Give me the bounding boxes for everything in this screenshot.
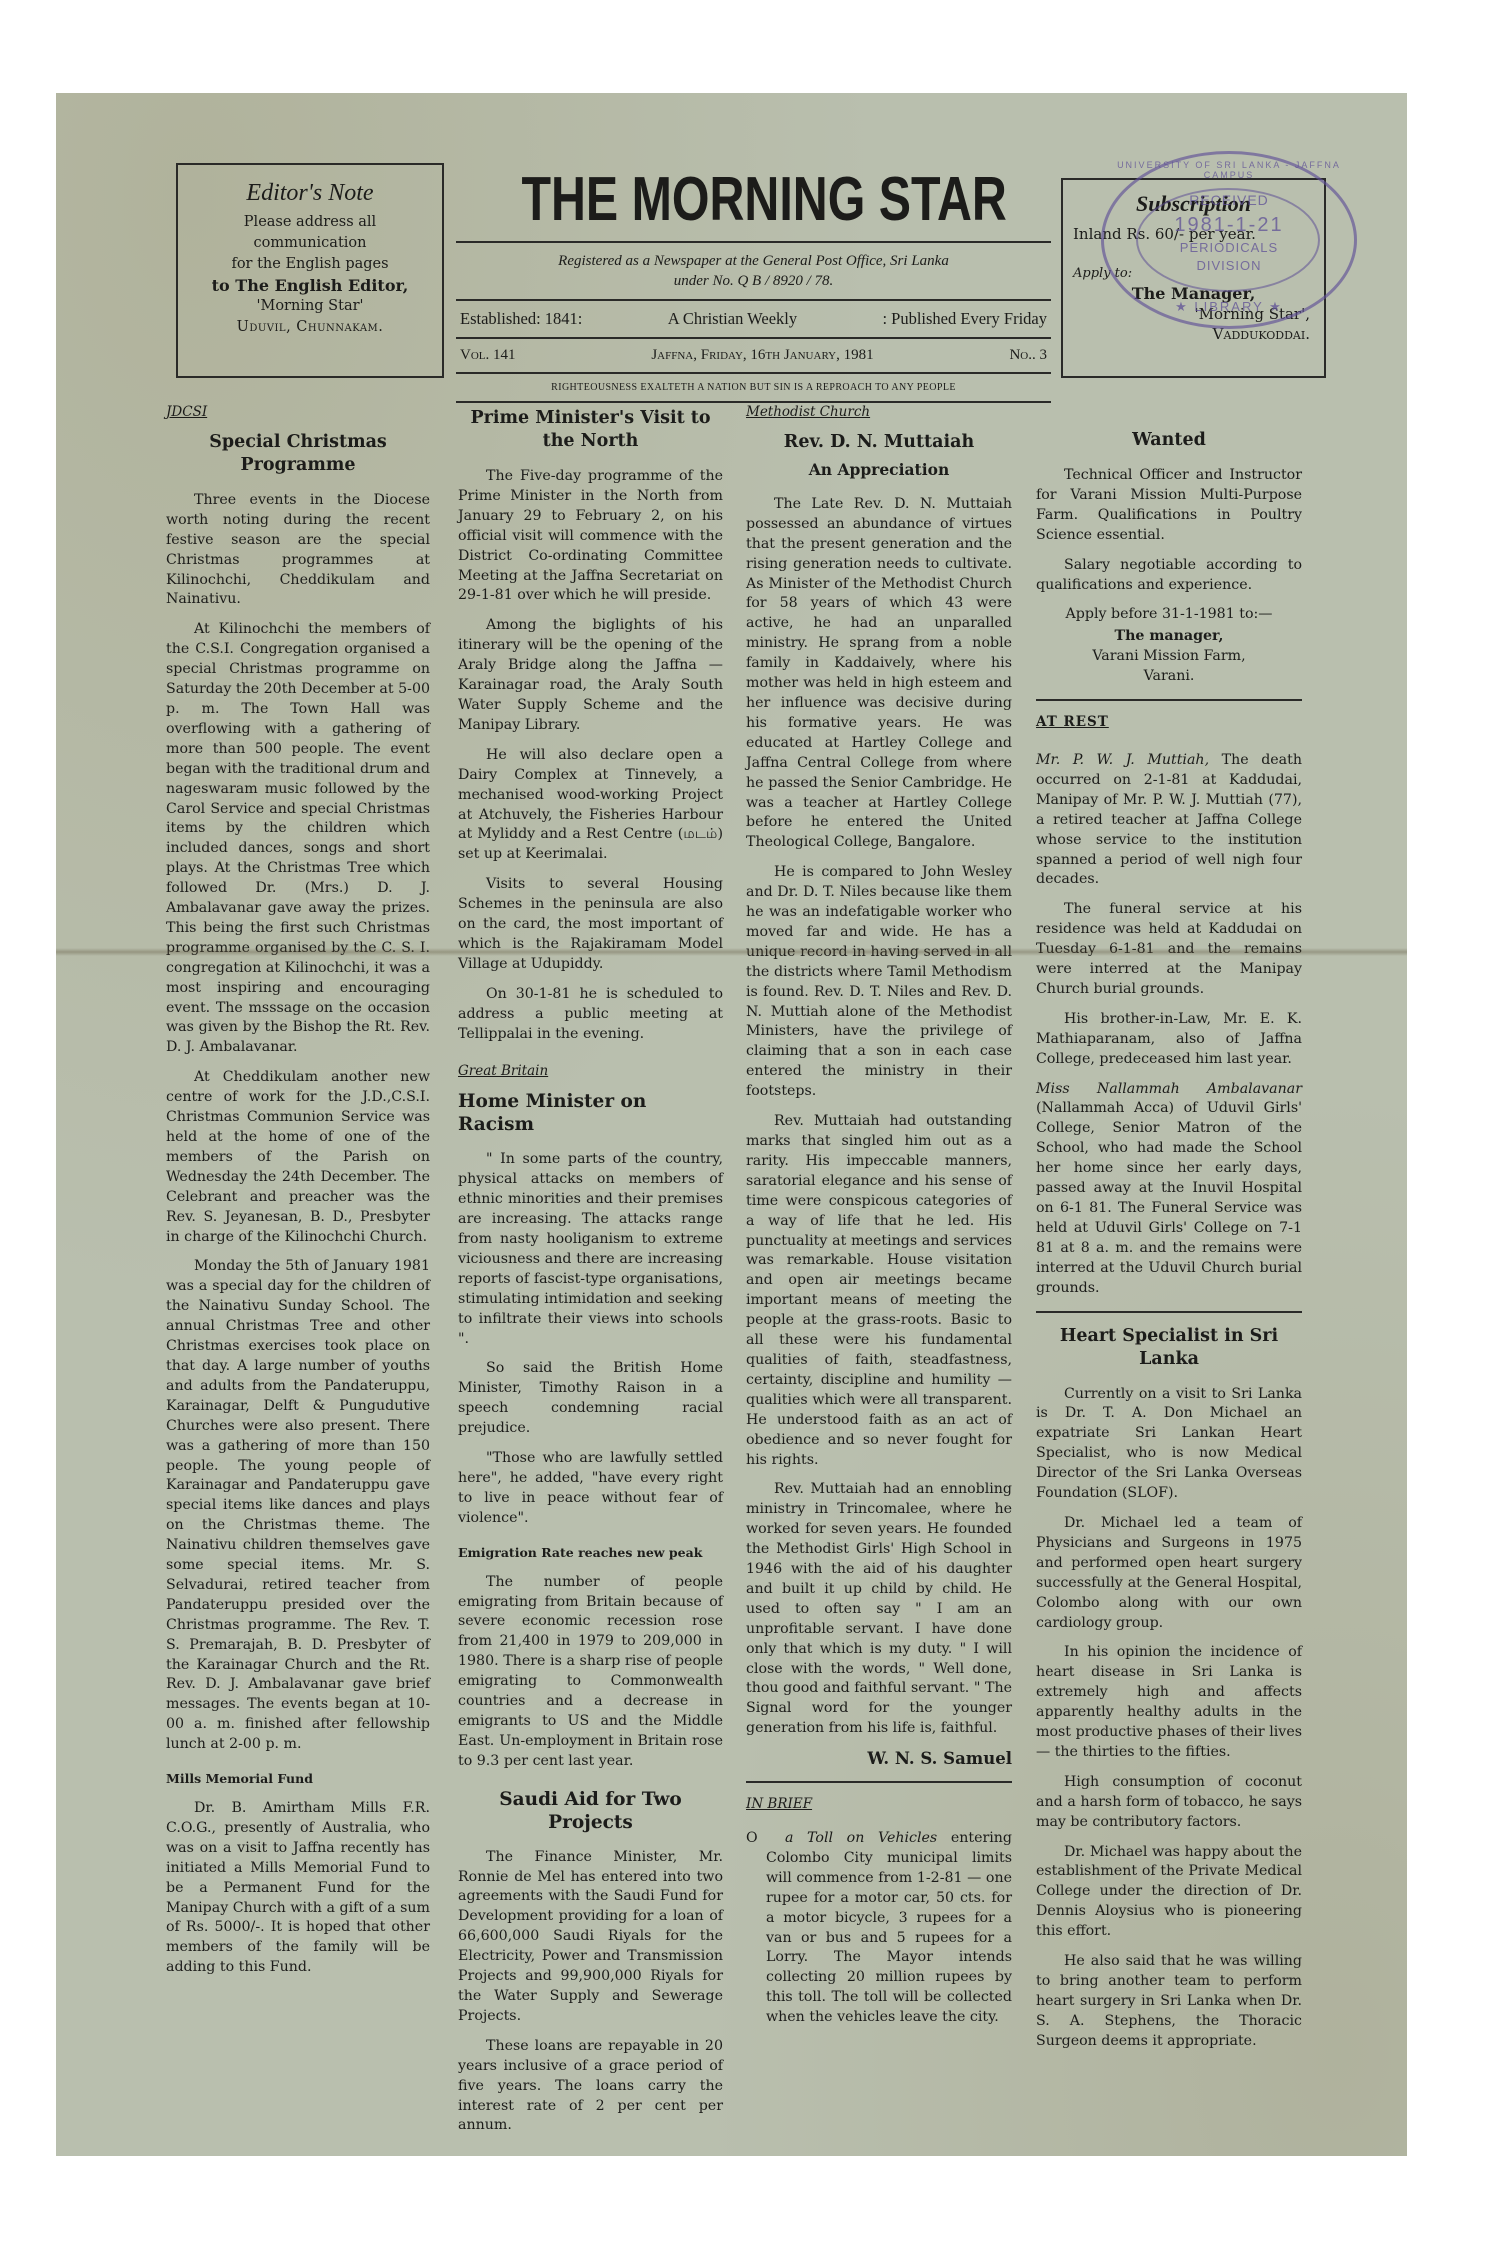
article-paragraph: So said the British Home Minister, Timot…	[458, 1359, 723, 1439]
headline-heart-specialist: Heart Specialist in Sri Lanka	[1036, 1325, 1302, 1371]
brief-item: O a Toll on Vehicles entering Colombo Ci…	[746, 1829, 1012, 2028]
article-paragraph: At Cheddikulam another new centre of wor…	[166, 1068, 430, 1247]
editors-note-paper: 'Morning Star'	[178, 296, 442, 317]
stamp-university: UNIVERSITY OF SRI LANKA - JAFFNA CAMPUS	[1104, 160, 1354, 180]
editors-note-recipient: to The English Editor,	[178, 275, 442, 296]
ad-paragraph: Apply before 31-1-1981 to:—	[1036, 605, 1302, 625]
article-paragraph: Dr. B. Amirtham Mills F.R. C.O.G., prese…	[166, 1799, 430, 1978]
article-paragraph: High consumption of coconut and a harsh …	[1036, 1773, 1302, 1833]
article-paragraph: At Kilinochchi the members of the C.S.I.…	[166, 620, 430, 1058]
divider	[1036, 1311, 1302, 1313]
stamp-received: RECEIVED	[1104, 192, 1354, 208]
subscription-address: Vaddukoddai.	[1073, 324, 1314, 344]
issue-line: Vol. 141 Jaffna, Friday, 16th January, 1…	[456, 343, 1051, 368]
section-kicker: IN BRIEF	[746, 1795, 812, 1815]
article-paragraph: Rev. Muttaiah had an ennobling ministry …	[746, 1480, 1012, 1739]
article-paragraph: He is compared to John Wesley and Dr. D.…	[746, 863, 1012, 1102]
article-paragraph: The Late Rev. D. N. Muttaiah possessed a…	[746, 495, 1012, 853]
registration-number: under No. Q B / 8920 / 78.	[456, 271, 1051, 291]
headline-wanted: Wanted	[1036, 429, 1302, 452]
article-paragraph: Dr. Michael was happy about the establis…	[1036, 1843, 1302, 1943]
paper-fold-crease	[56, 948, 1407, 956]
ad-contact-name: The manager,	[1036, 627, 1302, 647]
section-kicker: Great Britain	[458, 1062, 548, 1082]
subhead-appreciation: An Appreciation	[746, 458, 1012, 481]
editors-note-address: Uduvil, Chunnakam.	[178, 317, 442, 338]
obituary-paragraph: Mr. P. W. J. Muttiah, The death occurred…	[1036, 751, 1302, 890]
brief-text: entering Colombo City municipal limits w…	[766, 1830, 1012, 2025]
column-christmas: JDCSI Special Christmas Programme Three …	[166, 403, 430, 1988]
divider	[456, 241, 1051, 243]
article-paragraph: Rev. Muttaiah had outstanding marks that…	[746, 1112, 1012, 1470]
editors-note-line: Please address all	[178, 212, 442, 233]
author-signature: W. N. S. Samuel	[746, 1749, 1012, 1769]
headline-muttaiah: Rev. D. N. Muttaiah	[746, 431, 1012, 454]
obituary-paragraph: Miss Nallammah Ambalavanar (Nallammah Ac…	[1036, 1080, 1302, 1299]
article-paragraph: Monday the 5th of January 1981 was a spe…	[166, 1257, 430, 1755]
article-paragraph: Dr. Michael led a team of Physicians and…	[1036, 1514, 1302, 1633]
stamp-division: DIVISION	[1104, 258, 1354, 273]
article-paragraph: On 30-1-81 he is scheduled to address a …	[458, 985, 723, 1045]
article-paragraph: The number of people emigrating from Bri…	[458, 1573, 723, 1772]
ad-contact-org: Varani Mission Farm,	[1036, 647, 1302, 667]
established-line: Established: 1841: A Christian Weekly : …	[456, 305, 1051, 333]
editors-note-title: Editor's Note	[178, 183, 442, 204]
obituary-paragraph: His brother-in-Law, Mr. E. K. Mathiapara…	[1036, 1010, 1302, 1070]
stamp-library: ★ LIBRARY ★	[1104, 299, 1354, 315]
section-kicker: JDCSI	[166, 403, 207, 423]
obituary-name: Miss Nallammah Ambalavanar	[1036, 1081, 1302, 1097]
bullet-icon: O	[746, 1830, 785, 1846]
subheadline-emigration: Emigration Rate reaches new peak	[458, 1543, 723, 1563]
column-notices: Wanted Technical Officer and Instructor …	[1036, 403, 1302, 2062]
article-paragraph: Currently on a visit to Sri Lanka is Dr.…	[1036, 1385, 1302, 1504]
section-kicker: AT REST	[1036, 713, 1109, 733]
divider	[456, 337, 1051, 339]
ad-paragraph: Technical Officer and Instructor for Var…	[1036, 466, 1302, 546]
dateline: Jaffna, Friday, 16th January, 1981	[651, 347, 873, 364]
publication-frequency: : Published Every Friday	[882, 309, 1047, 329]
stamp-date: 1981-1-21	[1104, 214, 1354, 237]
publication-type: A Christian Weekly	[668, 309, 797, 329]
article-paragraph: Visits to several Housing Schemes in the…	[458, 875, 723, 975]
established-year: Established: 1841:	[460, 309, 582, 329]
divider	[456, 372, 1051, 374]
newspaper-title: THE MORNING STAR	[521, 163, 985, 237]
article-paragraph: "Those who are lawfully settled here", h…	[458, 1449, 723, 1529]
editors-note-line: for the English pages	[178, 254, 442, 275]
article-paragraph: He also said that he was willing to brin…	[1036, 1952, 1302, 2052]
section-kicker: Methodist Church	[746, 403, 870, 423]
column-appreciation: Methodist Church Rev. D. N. Muttaiah An …	[746, 403, 1012, 2038]
article-paragraph: These loans are repayable in 20 years in…	[458, 2037, 723, 2137]
article-paragraph: Among the biglights of his itinerary wil…	[458, 616, 723, 735]
article-paragraph: The Five-day programme of the Prime Mini…	[458, 467, 723, 606]
newspaper-page: Editor's Note Please address all communi…	[56, 93, 1407, 2156]
obituary-name: Mr. P. W. J. Muttiah,	[1036, 752, 1209, 768]
divider	[746, 1781, 1012, 1783]
article-paragraph: He will also declare open a Dairy Comple…	[458, 746, 723, 865]
registration-notice: Registered as a Newspaper at the General…	[456, 247, 1051, 295]
column-news: Prime Minister's Visit to the North The …	[458, 403, 723, 2146]
motto: RIGHTEOUSNESS EXALTETH A NATION BUT SIN …	[456, 378, 1051, 397]
article-paragraph: " In some parts of the country, physical…	[458, 1150, 723, 1349]
headline-special-christmas: Special Christmas Programme	[166, 431, 430, 477]
editors-note-line: communication	[178, 233, 442, 254]
article-paragraph: Three events in the Diocese worth noting…	[166, 491, 430, 610]
divider	[1036, 699, 1302, 701]
obituary-text: The death occurred on 2-1-81 at Kaddudai…	[1036, 752, 1302, 887]
article-paragraph: In his opinion the incidence of heart di…	[1036, 1643, 1302, 1762]
stamp-division: PERIODICALS	[1104, 240, 1354, 255]
headline-home-minister: Home Minister on Racism	[458, 1090, 723, 1136]
issue-number: No.. 3	[1009, 347, 1047, 364]
headline-pm-visit: Prime Minister's Visit to the North	[458, 407, 723, 453]
editors-note-box: Editor's Note Please address all communi…	[176, 163, 444, 378]
ad-paragraph: Salary negotiable according to qualifica…	[1036, 556, 1302, 596]
masthead: THE MORNING STAR Registered as a Newspap…	[456, 163, 1051, 407]
obituary-text: (Nallammah Acca) of Uduvil Girls' Colleg…	[1036, 1100, 1302, 1295]
registration-line: Registered as a Newspaper at the General…	[456, 251, 1051, 271]
divider	[456, 299, 1051, 301]
ad-contact-place: Varani.	[1036, 667, 1302, 687]
subheadline-mills-fund: Mills Memorial Fund	[166, 1769, 430, 1789]
article-paragraph: The Finance Minister, Mr. Ronnie de Mel …	[458, 1848, 723, 2027]
library-stamp: UNIVERSITY OF SRI LANKA - JAFFNA CAMPUS …	[1101, 151, 1357, 329]
volume-number: Vol. 141	[460, 347, 516, 364]
headline-saudi-aid: Saudi Aid for Two Projects	[458, 1788, 723, 1834]
brief-lead: a Toll on Vehicles	[785, 1830, 937, 1846]
